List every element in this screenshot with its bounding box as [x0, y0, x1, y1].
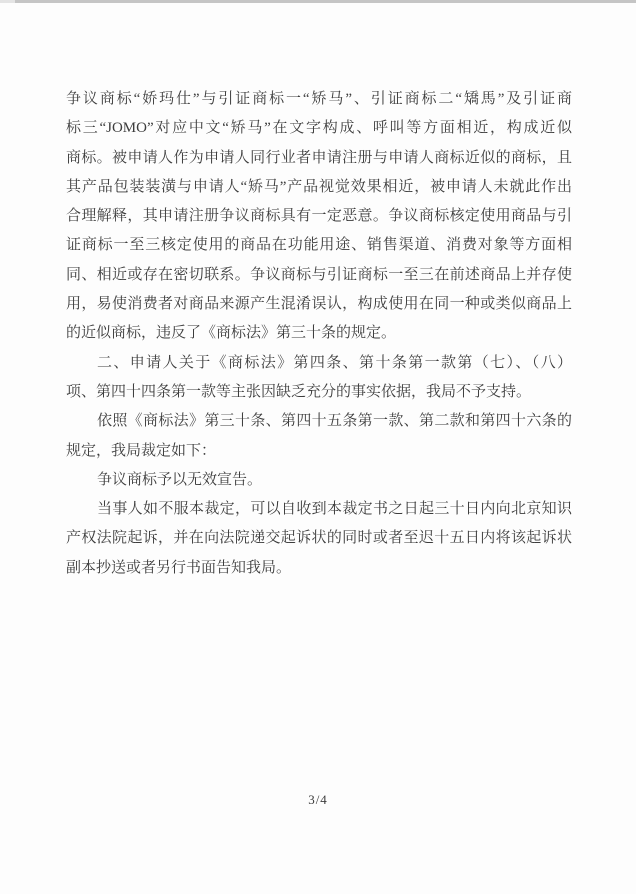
- text-line: 争议商标予以无效宣告。: [66, 466, 572, 495]
- text-line: 争议商标“娇玛仕”与引证商标一“矫马”、引证商标二“矯馬”及引证商: [66, 85, 572, 114]
- text-line: 当事人如不服本裁定，可以自收到本裁定书之日起三十日内向北京知识: [66, 495, 572, 524]
- text-line: 规定，我局裁定如下：: [66, 437, 572, 466]
- text-line: 商标。被申请人作为申请人同行业者申请注册与申请人商标近似的商标，且: [66, 144, 572, 173]
- text-line: 标三“JOMO”对应中文“矫马”在文字构成、呼叫等方面相近，构成近似: [66, 114, 572, 143]
- document-page: 争议商标“娇玛仕”与引证商标一“矫马”、引证商标二“矯馬”及引证商标三“JOMO…: [0, 0, 636, 894]
- text-line: 的近似商标，违反了《商标法》第三十条的规定。: [66, 319, 572, 348]
- text-line: 产权法院起诉，并在向法院递交起诉状的同时或者至迟十五日内将该起诉状: [66, 524, 572, 553]
- text-line: 同、相近或存在密切联系。争议商标与引证商标一至三在前述商品上并存使: [66, 261, 572, 290]
- text-line: 项、第四十四条第一款等主张因缺乏充分的事实依据，我局不予支持。: [66, 378, 572, 407]
- text-line: 副本抄送或者另行书面告知我局。: [66, 554, 572, 583]
- text-line: 其产品包装装潢与申请人“矫马”产品视觉效果相近，被申请人未就此作出: [66, 173, 572, 202]
- text-line: 用，易使消费者对商品来源产生混淆误认，构成使用在同一种或类似商品上: [66, 290, 572, 319]
- scan-edge-left-segment: [0, 0, 15, 3]
- text-line: 合理解释，其申请注册争议商标具有一定恶意。争议商标核定使用商品与引: [66, 202, 572, 231]
- document-body: 争议商标“娇玛仕”与引证商标一“矫马”、引证商标二“矯馬”及引证商标三“JOMO…: [66, 85, 572, 583]
- text-line: 证商标一至三核定使用的商品在功能用途、销售渠道、消费对象等方面相: [66, 231, 572, 260]
- page-number: 3/4: [0, 792, 636, 808]
- text-line: 二、申请人关于《商标法》第四条、第十条第一款第（七）、（八）: [66, 349, 572, 378]
- scan-edge-artifact: [0, 0, 636, 3]
- text-line: 依照《商标法》第三十条、第四十五条第一款、第二款和第四十六条的: [66, 407, 572, 436]
